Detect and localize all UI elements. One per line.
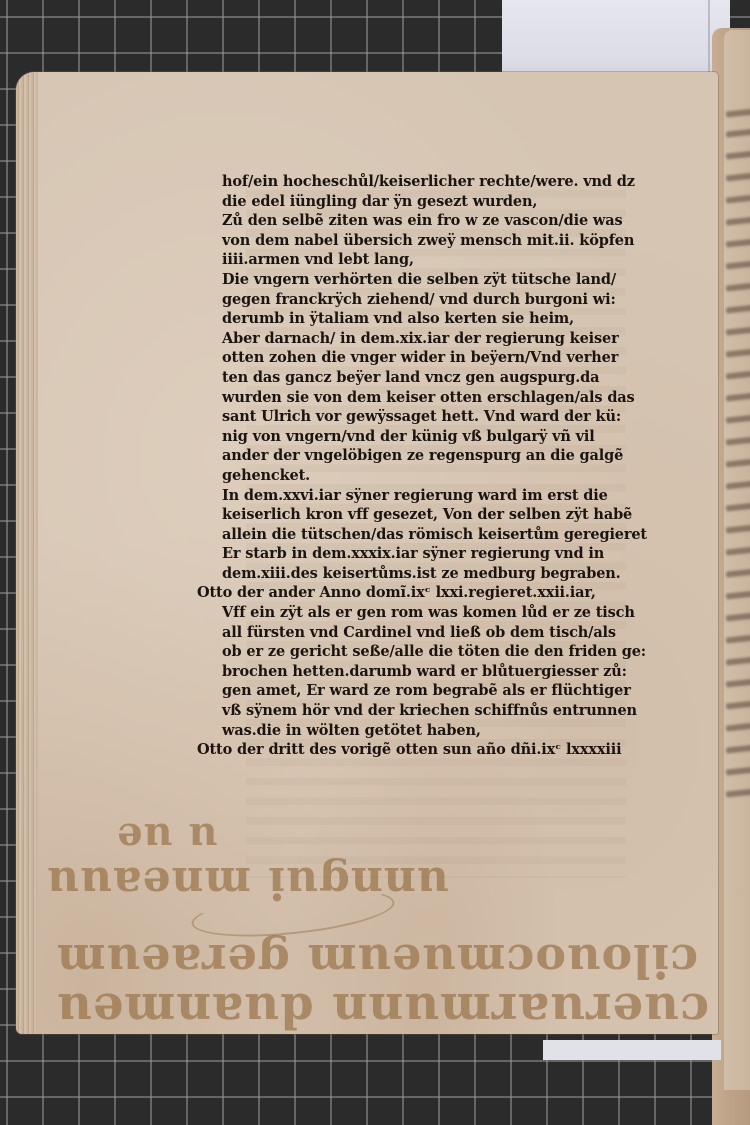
text-line: von dem nabel übersich zweÿ mensch mit.i… <box>222 231 642 251</box>
bleed-through-line: cilouocmueum geraeum <box>56 934 698 988</box>
facing-text-line <box>726 766 750 775</box>
facing-text-line <box>726 108 750 117</box>
text-line: gehencket. <box>222 466 642 486</box>
facing-text-line <box>726 458 750 467</box>
text-line: wurden sie von dem keiser otten erschlag… <box>222 388 642 408</box>
text-line: hof/ein hocheschůl/keiserlicher rechte/w… <box>222 172 642 192</box>
facing-text-line <box>726 348 750 357</box>
facing-text-line <box>726 370 750 379</box>
facing-text-line <box>726 634 750 643</box>
text-line: derumb in ÿtaliam vnd also kerten sie he… <box>222 309 642 329</box>
text-line: die edel iüngling dar ÿn gesezt wurden, <box>222 192 642 212</box>
page-stack-edges <box>16 72 38 1034</box>
text-line: Die vngern verhörten die selben zÿt tüts… <box>222 270 642 290</box>
facing-text-line <box>726 678 750 687</box>
text-line: gen amet, Er ward ze rom begrabẽ als er … <box>222 681 642 701</box>
facing-text-line <box>726 260 750 269</box>
facing-text-line <box>726 414 750 423</box>
text-line: Otto der ander Anno domĩ.ixᶜ lxxi.regier… <box>197 583 642 603</box>
text-line: Vff ein zÿt als er gen rom was komen lůd… <box>222 603 642 623</box>
facing-text-line <box>726 436 750 445</box>
bleed-through-line: u ue <box>116 814 218 861</box>
printed-text-block: hof/ein hocheschůl/keiserlicher rechte/w… <box>222 172 642 760</box>
facing-text-line <box>726 502 750 511</box>
facing-text-line <box>726 480 750 489</box>
text-line: vß sÿnem hör vnd der kriechen schiffnůs … <box>222 701 642 721</box>
text-line: was.die in wölten getötet haben, <box>222 721 642 741</box>
facing-text-line <box>726 150 750 159</box>
facing-text-line <box>726 128 750 137</box>
text-line: ander der vngelöbigen ze regenspurg an d… <box>222 446 642 466</box>
facing-text-line <box>726 722 750 731</box>
facing-text-line <box>726 304 750 313</box>
bleed-through-line: cueruarmunn duanmeu <box>56 982 709 1034</box>
text-line: gegen franckrÿch ziehend/ vnd durch burg… <box>222 290 642 310</box>
text-line: dem.xiii.des keisertůms.ist ze medburg b… <box>222 564 642 584</box>
facing-page-strip <box>724 30 750 1090</box>
facing-text-line <box>726 612 750 621</box>
text-line: Otto der dritt des vorigẽ otten sun año … <box>197 740 642 760</box>
facing-text-line <box>726 590 750 599</box>
facing-text-line <box>726 392 750 401</box>
text-line: all fürsten vnd Cardinel vnd ließ ob dem… <box>222 623 642 643</box>
card-fold-line <box>708 0 710 78</box>
facing-text-line <box>726 282 750 291</box>
facing-text-line <box>726 546 750 555</box>
text-line: keiserlich kron vff gesezet, Von der sel… <box>222 505 642 525</box>
book-page: u ue unngui mneauu cilouocmueum geraeum … <box>16 72 718 1034</box>
facing-text-line <box>726 568 750 577</box>
text-line: nig von vngern/vnd der künig vß bulgarÿ … <box>222 427 642 447</box>
facing-text-line <box>726 744 750 753</box>
text-line: ten das gancz beÿer land vncz gen augspu… <box>222 368 642 388</box>
facing-text-line <box>726 238 750 247</box>
text-line: allein die tütschen/das römisch keisertů… <box>222 525 642 545</box>
text-line: sant Ulrich vor gewÿssaget hett. Vnd war… <box>222 407 642 427</box>
text-line: iiii.armen vnd lebt lang, <box>222 250 642 270</box>
white-support-card-top <box>502 0 730 78</box>
facing-text-line <box>726 656 750 665</box>
scan-stage: u ue unngui mneauu cilouocmueum geraeum … <box>0 0 750 1125</box>
text-line: In dem.xxvi.iar sÿner regierung ward im … <box>222 486 642 506</box>
text-line: Aber darnach/ in dem.xix.iar der regieru… <box>222 329 642 349</box>
text-line: otten zohen die vnger wider in beÿern/Vn… <box>222 348 642 368</box>
white-support-card-bottom <box>543 1040 721 1060</box>
text-line: Er starb in dem.xxxix.iar sÿner regierun… <box>222 544 642 564</box>
facing-text-line <box>726 194 750 203</box>
facing-text-line <box>726 216 750 225</box>
facing-text-line <box>726 788 750 797</box>
text-line: Zů den selbẽ ziten was ein fro w ze vasc… <box>222 211 642 231</box>
facing-text-line <box>726 326 750 335</box>
text-line: brochen hetten.darumb ward er blůtuergie… <box>222 662 642 682</box>
facing-text-line <box>726 524 750 533</box>
facing-text-line <box>726 700 750 709</box>
text-line: ob er ze gericht seße/alle die töten die… <box>222 642 642 662</box>
facing-text-line <box>726 172 750 181</box>
